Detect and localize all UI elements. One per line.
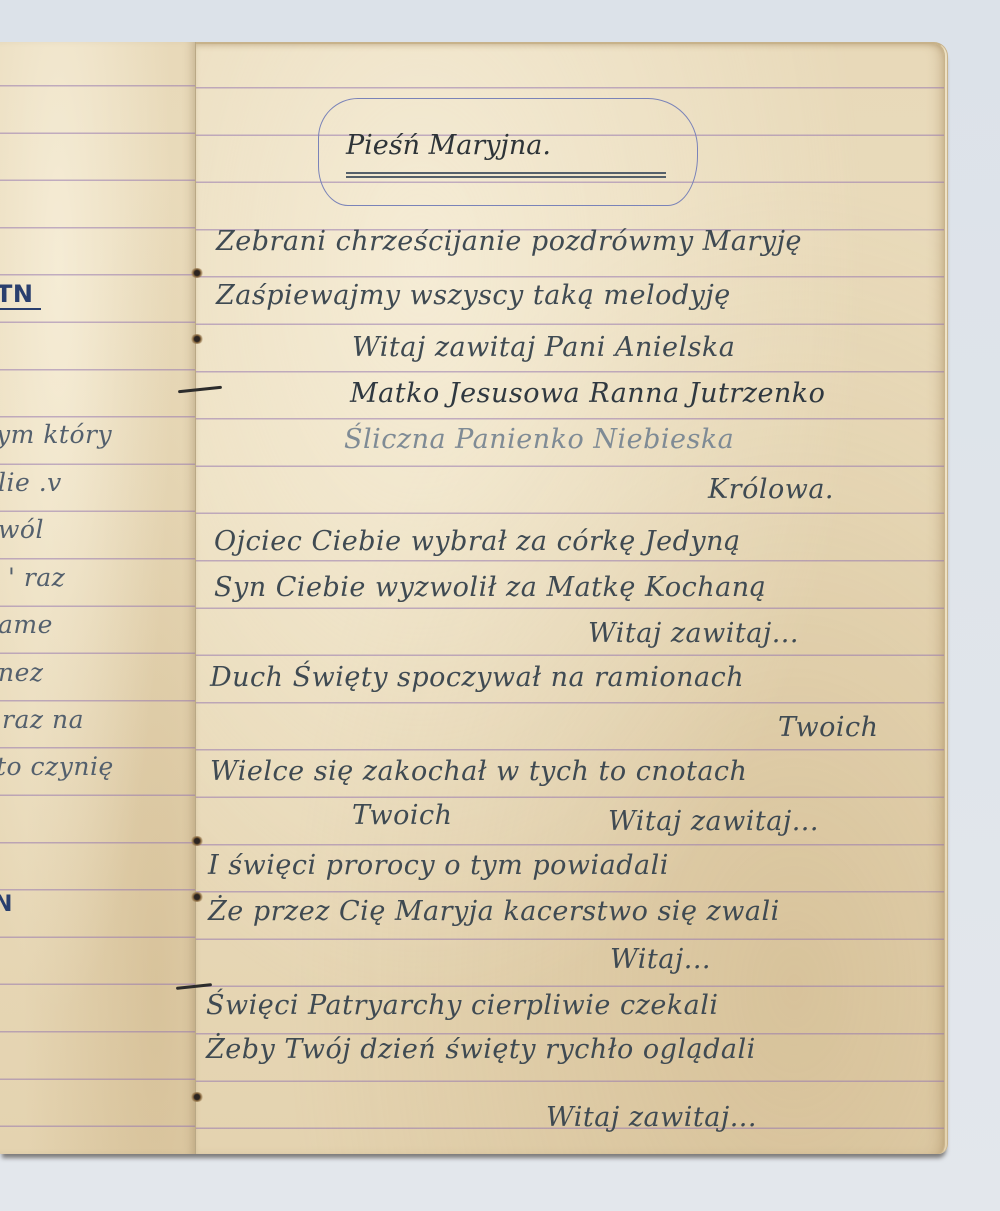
- ruled-lines: [0, 42, 195, 1154]
- lyric-line: Duch Święty spoczywał na ramionach: [210, 662, 744, 693]
- lyric-line: Królowa.: [708, 474, 834, 505]
- lyric-line: Witaj zawitaj Pani Anielska: [352, 332, 735, 363]
- binding-hole: [190, 268, 204, 278]
- left-fragment: lie .v: [0, 468, 62, 497]
- lyric-line: Witaj zawitaj...: [546, 1102, 757, 1133]
- left-fragment: wól: [0, 515, 44, 544]
- lyric-line: Święci Patryarchy cierpliwie czekali: [206, 990, 719, 1021]
- left-fragment: TN: [0, 280, 41, 310]
- lyric-line: Witaj zawitaj...: [588, 618, 799, 649]
- left-fragment: to czynię: [0, 752, 114, 781]
- lyric-line: Żeby Twój dzień święty rychło oglądali: [206, 1034, 756, 1065]
- binding-hole: [190, 836, 204, 846]
- lyric-line: Ojciec Ciebie wybrał za córkę Jedyną: [214, 526, 741, 557]
- left-fragment: N: [0, 892, 13, 917]
- song-title: Pieśń Maryjna.: [346, 130, 551, 161]
- lyric-line: Witaj zawitaj...: [608, 806, 819, 837]
- lyric-line: Że przez Cię Maryja kacerstwo się zwali: [208, 896, 780, 927]
- left-fragment: ' raz: [8, 563, 65, 592]
- binding-hole: [190, 334, 204, 344]
- binding-hole: [190, 892, 204, 902]
- left-fragment: nez: [0, 658, 44, 687]
- lyric-line: Zebrani chrześcijanie pozdrówmy Maryję: [216, 226, 802, 257]
- lyric-line: Syn Ciebie wyzwolił za Matkę Kochaną: [214, 572, 766, 603]
- binding-hole: [190, 1092, 204, 1102]
- left-fragment: raz na: [2, 705, 84, 734]
- lyric-line: Zaśpiewajmy wszyscy taką melodyję: [216, 280, 731, 311]
- lyric-line: I święci prorocy o tym powiadali: [208, 850, 669, 881]
- lyric-line: Twoich: [778, 712, 879, 743]
- left-page: [0, 42, 196, 1154]
- left-fragment: ym który: [0, 420, 112, 449]
- lyric-line: Twoich: [352, 800, 453, 831]
- left-fragment: ame: [0, 610, 53, 639]
- lyric-line: Śliczna Panienko Niebieska: [344, 424, 734, 455]
- lyric-line: Wielce się zakochał w tych to cnotach: [210, 756, 747, 787]
- lyric-line: Witaj...: [610, 944, 711, 975]
- lyric-line: Matko Jesusowa Ranna Jutrzenko: [350, 378, 825, 409]
- title-underline: [346, 172, 666, 178]
